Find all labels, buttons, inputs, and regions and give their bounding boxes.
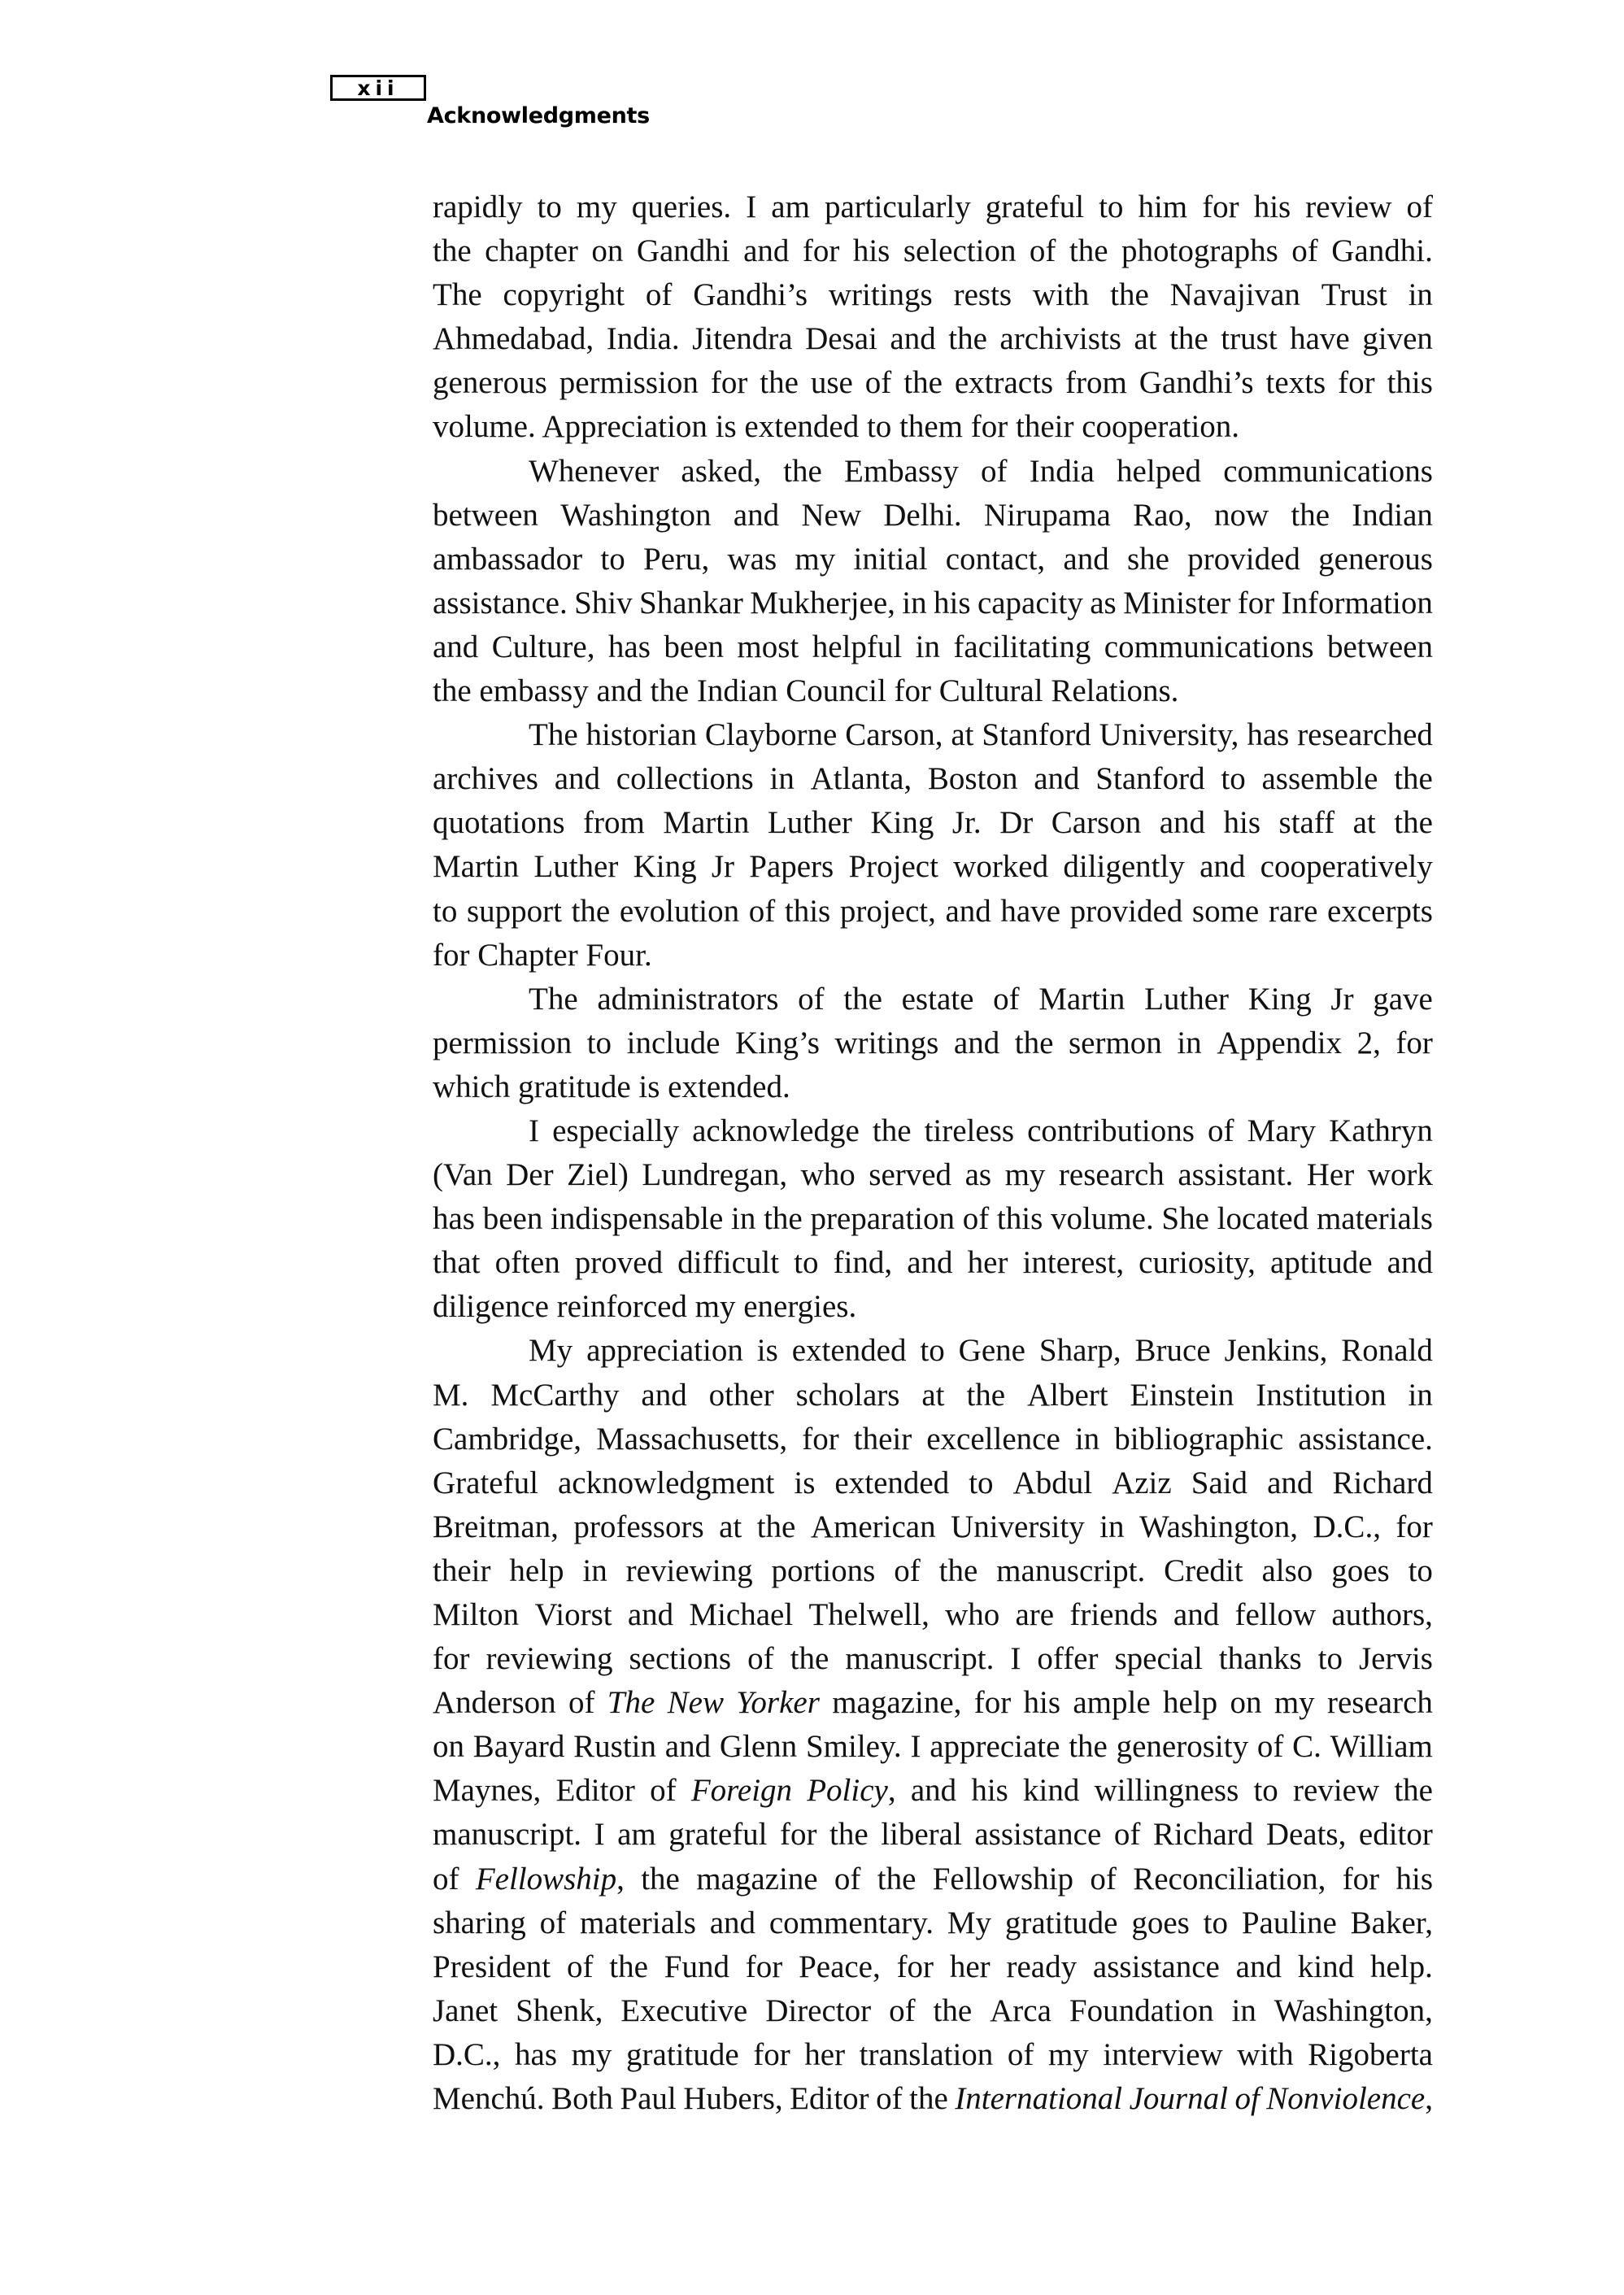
word: Aziz [1112,1461,1172,1505]
word: to [1204,1901,1228,1945]
word: Maynes, [433,1769,541,1813]
word: liberal [881,1813,962,1857]
word: given [1362,317,1433,361]
word: this [785,890,830,934]
word: the [764,1197,803,1241]
word: Gene [959,1329,1025,1373]
word: Deats, [1266,1813,1347,1857]
word: The [529,978,578,1021]
word: at [1134,317,1156,361]
word: located [1217,1197,1309,1241]
word: some [1192,890,1259,934]
word: Minister [1123,581,1230,625]
word: for [433,1637,469,1681]
word: Credit [1164,1549,1243,1593]
word: in [582,1549,607,1593]
word: at [719,1505,742,1549]
word: to [600,538,625,581]
word: New [801,494,861,538]
word: of [981,450,1008,494]
word: review [1305,185,1391,229]
word: in [902,581,926,625]
word: Shenk, [516,1989,603,2033]
word: Desai [805,317,877,361]
word: and [911,1769,956,1813]
word: offer [1037,1637,1098,1681]
word: administrators [597,978,778,1021]
word: the [873,1109,912,1153]
word: in [731,1197,755,1241]
word: other [709,1374,774,1417]
word: am [771,185,810,229]
word: Peru, [643,538,709,581]
word: (Van [433,1153,493,1197]
word: in [1408,273,1433,317]
word: Washington [560,494,711,538]
word: of [993,978,1020,1021]
word: for [711,361,747,405]
word: the [757,1505,796,1549]
word: indispensable [551,1197,723,1241]
word: for [1395,1021,1432,1065]
word: Stanford [1095,757,1204,801]
word: this [997,1197,1043,1241]
word: Said [1191,1461,1247,1505]
word: The [607,1681,655,1725]
word: Bruce [1135,1329,1211,1373]
text-span: diligence reinforced my energies. [433,1289,856,1324]
word: and [433,625,478,669]
word: I [529,1109,539,1153]
word: interest, [1023,1241,1125,1285]
word: writings [835,1021,939,1065]
word: assemble [1261,757,1378,801]
word: and [555,757,600,801]
text-line: ambassadortoPeru,wasmyinitialcontact,and… [433,538,1433,581]
word: Carson [1051,801,1142,845]
word: provided [1070,890,1183,934]
word: help [509,1549,564,1593]
word: I [594,1813,605,1857]
word: generous [1318,538,1433,581]
word: diligently [1063,845,1185,889]
word: are [1016,1593,1055,1637]
word: D.C., [433,2033,500,2077]
word: to [1253,1769,1278,1813]
word: Information [1282,581,1433,625]
word: research [1059,1153,1165,1197]
word: for [1395,1505,1432,1549]
word: of [567,1945,594,1989]
word: excellence [926,1417,1060,1461]
word: King [1248,978,1312,1021]
word: that [433,1241,480,1285]
word: on [591,229,623,273]
word: helpful [812,625,902,669]
word: permission [559,361,699,405]
word: now [1214,494,1269,538]
word: have [1290,317,1350,361]
word: have [1000,890,1060,934]
word: the [843,978,882,1021]
word: him [1138,185,1187,229]
word: photographs [1121,229,1278,273]
word: the [1069,1725,1108,1769]
word: work [1368,1153,1433,1197]
word: Paul [620,2077,676,2121]
word: the [877,1857,916,1901]
word: Culture, [492,625,595,669]
text-line: ThecopyrightofGandhi’swritingsrestswitht… [433,273,1433,317]
word: Rustin [573,1725,656,1769]
word: curiosity, [1139,1241,1256,1285]
word: Nonviolence, [1266,2077,1433,2121]
word: been [664,625,724,669]
paragraph: Iespeciallyacknowledgethetirelesscontrib… [433,1109,1433,1329]
word: his [853,229,890,273]
word: Papers [749,845,834,889]
word: researched [1297,713,1433,757]
text-line: betweenWashingtonandNewDelhi.NirupamaRao… [433,494,1433,538]
word: to [587,1021,612,1065]
word: The [529,713,578,757]
text-span: volume. Appreciation is extended to them… [433,409,1239,444]
word: served [869,1153,951,1197]
word: of [1234,2077,1259,2121]
paragraph: rapidlytomyqueries.Iamparticularlygratef… [433,185,1433,450]
word: Arca [990,1989,1051,2033]
word: at [921,1374,944,1417]
word: to [538,185,562,229]
word: and [1387,1241,1433,1285]
word: manuscript. [996,1549,1145,1593]
text-line: Cambridge,Massachusetts,fortheirexcellen… [433,1417,1433,1461]
word: Viorst [534,1593,612,1637]
paragraph: Wheneverasked,theEmbassyofIndiahelpedcom… [433,450,1433,714]
word: translation [860,2033,994,2077]
word: thanks [1219,1637,1302,1681]
paragraph: ThehistorianClayborneCarson,atStanfordUn… [433,713,1433,978]
word: Gandhi’s [1139,361,1254,405]
word: the [966,1374,1005,1417]
text-line: AndersonofTheNewYorkermagazine,forhisamp… [433,1681,1433,1725]
word: my [1048,2033,1089,2077]
word: the [1291,494,1330,538]
word: King [870,801,934,845]
word: Hubers, [683,2077,782,2121]
text-line: permissiontoincludeKing’swritingsandthes… [433,1021,1433,1065]
word: Indian [1352,494,1433,538]
word: goes [1131,1901,1190,1945]
word: D.C., [1313,1505,1381,1549]
word: of [1030,229,1056,273]
word: is [794,1461,815,1505]
text-line: JanetShenk,ExecutiveDirectoroftheArcaFou… [433,1989,1433,2033]
word: communications [1223,450,1433,494]
word: with [1237,2033,1293,2077]
word: to [433,890,457,934]
word: Clayborne [705,713,837,757]
word: McCarthy [490,1374,619,1417]
word: Fellowship [933,1857,1073,1901]
word: in [1232,1989,1256,2033]
word: Einstein [1130,1374,1234,1417]
word: and [1160,801,1205,845]
word: Breitman, [433,1505,559,1549]
word: King’s [735,1021,820,1065]
word: from [583,801,645,845]
word: staff [1279,801,1335,845]
word: of [889,1989,916,2033]
word: asked, [681,450,761,494]
word: Der [506,1153,553,1197]
word: fellow [1234,1593,1316,1637]
word: Editor [555,1769,634,1813]
word: Richard [1153,1813,1253,1857]
word: American [811,1505,936,1549]
text-line: rapidlytomyqueries.Iamparticularlygratef… [433,185,1433,229]
word: rests [954,273,1012,317]
word: Gandhi. [1331,229,1433,273]
word: as [965,1153,992,1197]
text-line: ofFellowship,themagazineoftheFellowshipo… [433,1857,1433,1901]
word: at [951,713,973,757]
word: his [934,581,971,625]
word: to [1221,757,1245,801]
word: archives [433,757,538,801]
word: the [641,1857,680,1901]
text-line: manuscript.Iamgratefulfortheliberalassis… [433,1813,1433,1857]
word: Foreign [691,1769,792,1813]
word: is [757,1329,778,1373]
word: and [907,1241,952,1285]
word: has [433,1197,475,1241]
word: Director [765,1989,871,2033]
word: his [1395,1857,1433,1901]
word: India [1030,450,1095,494]
word: Navajivan [1170,273,1300,317]
word: Washington, [1274,1989,1433,2033]
word: of [1208,1109,1234,1153]
word: for [974,1681,1011,1725]
word: of [650,1769,677,1813]
text-line: ThehistorianClayborneCarson,atStanfordUn… [433,713,1433,757]
word: the [829,1813,869,1857]
word: my [795,538,835,581]
word: to [1318,1637,1343,1681]
word: of [894,1549,921,1593]
word: Jervis [1359,1637,1433,1681]
word: preparation [810,1197,955,1241]
word: Martin [663,801,749,845]
word: Luther [1144,978,1229,1021]
word: the [783,450,822,494]
word: Delhi. [883,494,961,538]
word: sermon [1069,1021,1162,1065]
text-line: diligence reinforced my energies. [433,1285,1433,1329]
word: editor [1359,1813,1433,1857]
page-number: xii [357,78,398,98]
word: Peace, [799,1945,881,1989]
word: for [1202,185,1239,229]
word: Cambridge, [433,1417,581,1461]
word: am [617,1813,656,1857]
word: of [1008,2033,1034,2077]
text-span: the embassy and the Indian Council for C… [433,673,1178,708]
word: on [1230,1681,1261,1725]
word: sections [629,1637,731,1681]
word: generous [433,361,547,405]
word: and [890,317,935,361]
word: has [515,2033,557,2077]
word: grateful [668,1813,767,1857]
word: manuscript. [433,1813,581,1857]
word: Fellowship, [476,1857,625,1901]
word: the [790,1637,829,1681]
word: help. [1370,1945,1433,1989]
text-line: the embassy and the Indian Council for C… [433,669,1433,713]
word: and [665,1725,711,1769]
word: special [1115,1637,1203,1681]
word: contributions [1027,1109,1195,1153]
text-line: (VanDerZiel)Lundregan,whoservedasmyresea… [433,1153,1433,1197]
word: Anderson [433,1681,556,1725]
word: My [947,1901,991,1945]
word: on [433,1725,464,1769]
word: Rigoberta [1308,2033,1433,2077]
word: especially [552,1109,679,1153]
word: portions [771,1549,875,1593]
word: has [1247,713,1289,757]
word: historian [586,713,697,757]
word: who [801,1153,856,1197]
word: and [734,494,779,538]
word: reviewing [626,1549,753,1593]
word: Editor [790,2077,869,2121]
word: friends [1069,1593,1157,1637]
word: of [876,2077,903,2121]
word: and [710,1901,755,1945]
word: collections [616,757,754,801]
word: for [1343,1857,1379,1901]
word: kind [1298,1945,1354,1989]
word: in [1099,1505,1124,1549]
word: William [1330,1725,1433,1769]
word: Luther [768,801,852,845]
word: extended [792,1329,907,1373]
word: Journal [1130,2077,1228,2121]
text-line: Ahmedabad,India.JitendraDesaiandthearchi… [433,317,1433,361]
word: the [433,229,472,273]
word: in [1177,1021,1201,1065]
word: of [865,361,892,405]
word: Nirupama [984,494,1111,538]
text-line: GratefulacknowledgmentisextendedtoAbdulA… [433,1461,1433,1505]
word: facilitating [953,625,1091,669]
word: extended [834,1461,949,1505]
word: Glenn [720,1725,797,1769]
word: for [753,2033,790,2077]
word: Mukherjee, [750,581,895,625]
word: at [1353,801,1376,845]
word: International [955,2077,1122,2121]
word: acknowledge [692,1109,860,1153]
word: Ahmedabad, [433,317,594,361]
word: Massachusetts, [596,1417,787,1461]
word: goes [1331,1549,1390,1593]
word: gave [1373,978,1433,1021]
word: manuscript. [845,1637,994,1681]
word: who [945,1593,999,1637]
word: texts [1266,361,1326,405]
word: Boston [928,757,1018,801]
word: Rao, [1133,494,1192,538]
word: to [920,1329,944,1373]
word: grateful [986,185,1084,229]
text-span: which gratitude is extended. [433,1069,790,1104]
word: of [1257,1725,1284,1769]
word: proved [575,1241,663,1285]
word: Jr. [952,801,982,845]
word: King [633,845,697,889]
word: my [572,2033,612,2077]
word: find, [834,1241,893,1285]
word: the [760,361,799,405]
word: with [1033,273,1089,317]
word: and [1034,757,1079,801]
word: estate [902,978,974,1021]
word: Reconciliation, [1133,1857,1326,1901]
word: I [746,185,756,229]
word: the [1110,273,1149,317]
word: and [1063,538,1108,581]
word: the [572,890,611,934]
word: was [728,538,777,581]
word: as [1090,581,1117,625]
text-line: andCulture,hasbeenmosthelpfulinfacilitat… [433,625,1433,669]
word: Menchú. [433,2077,545,2121]
word: their [854,1417,912,1461]
word: his [971,1769,1008,1813]
word: quotations [433,801,565,845]
running-head: Acknowledgments [427,102,650,130]
word: The [433,273,482,317]
word: and [1236,1945,1282,1989]
word: Mary [1247,1109,1316,1153]
word: Ronald [1341,1329,1433,1373]
word: for [746,1945,782,1989]
word: archivists [999,317,1121,361]
word: appreciate [930,1725,1060,1769]
word: Foundation [1069,1989,1214,2033]
word: writings [829,273,933,317]
text-line: M.McCarthyandotherscholarsattheAlbertEin… [433,1374,1433,1417]
word: of [963,1197,990,1241]
word: Shiv [574,581,633,625]
word: Martin [1038,978,1125,1021]
word: she [1127,538,1169,581]
word: Institution [1256,1374,1386,1417]
word: gratitude [626,2033,739,2077]
word: Bayard [473,1725,565,1769]
word: to [1408,1549,1433,1593]
word: Kathryn [1329,1109,1433,1153]
word: materials [1317,1197,1433,1241]
word: in [1075,1417,1099,1461]
word: to [794,1241,818,1285]
word: Thelwell, [808,1593,929,1637]
word: to [969,1461,993,1505]
